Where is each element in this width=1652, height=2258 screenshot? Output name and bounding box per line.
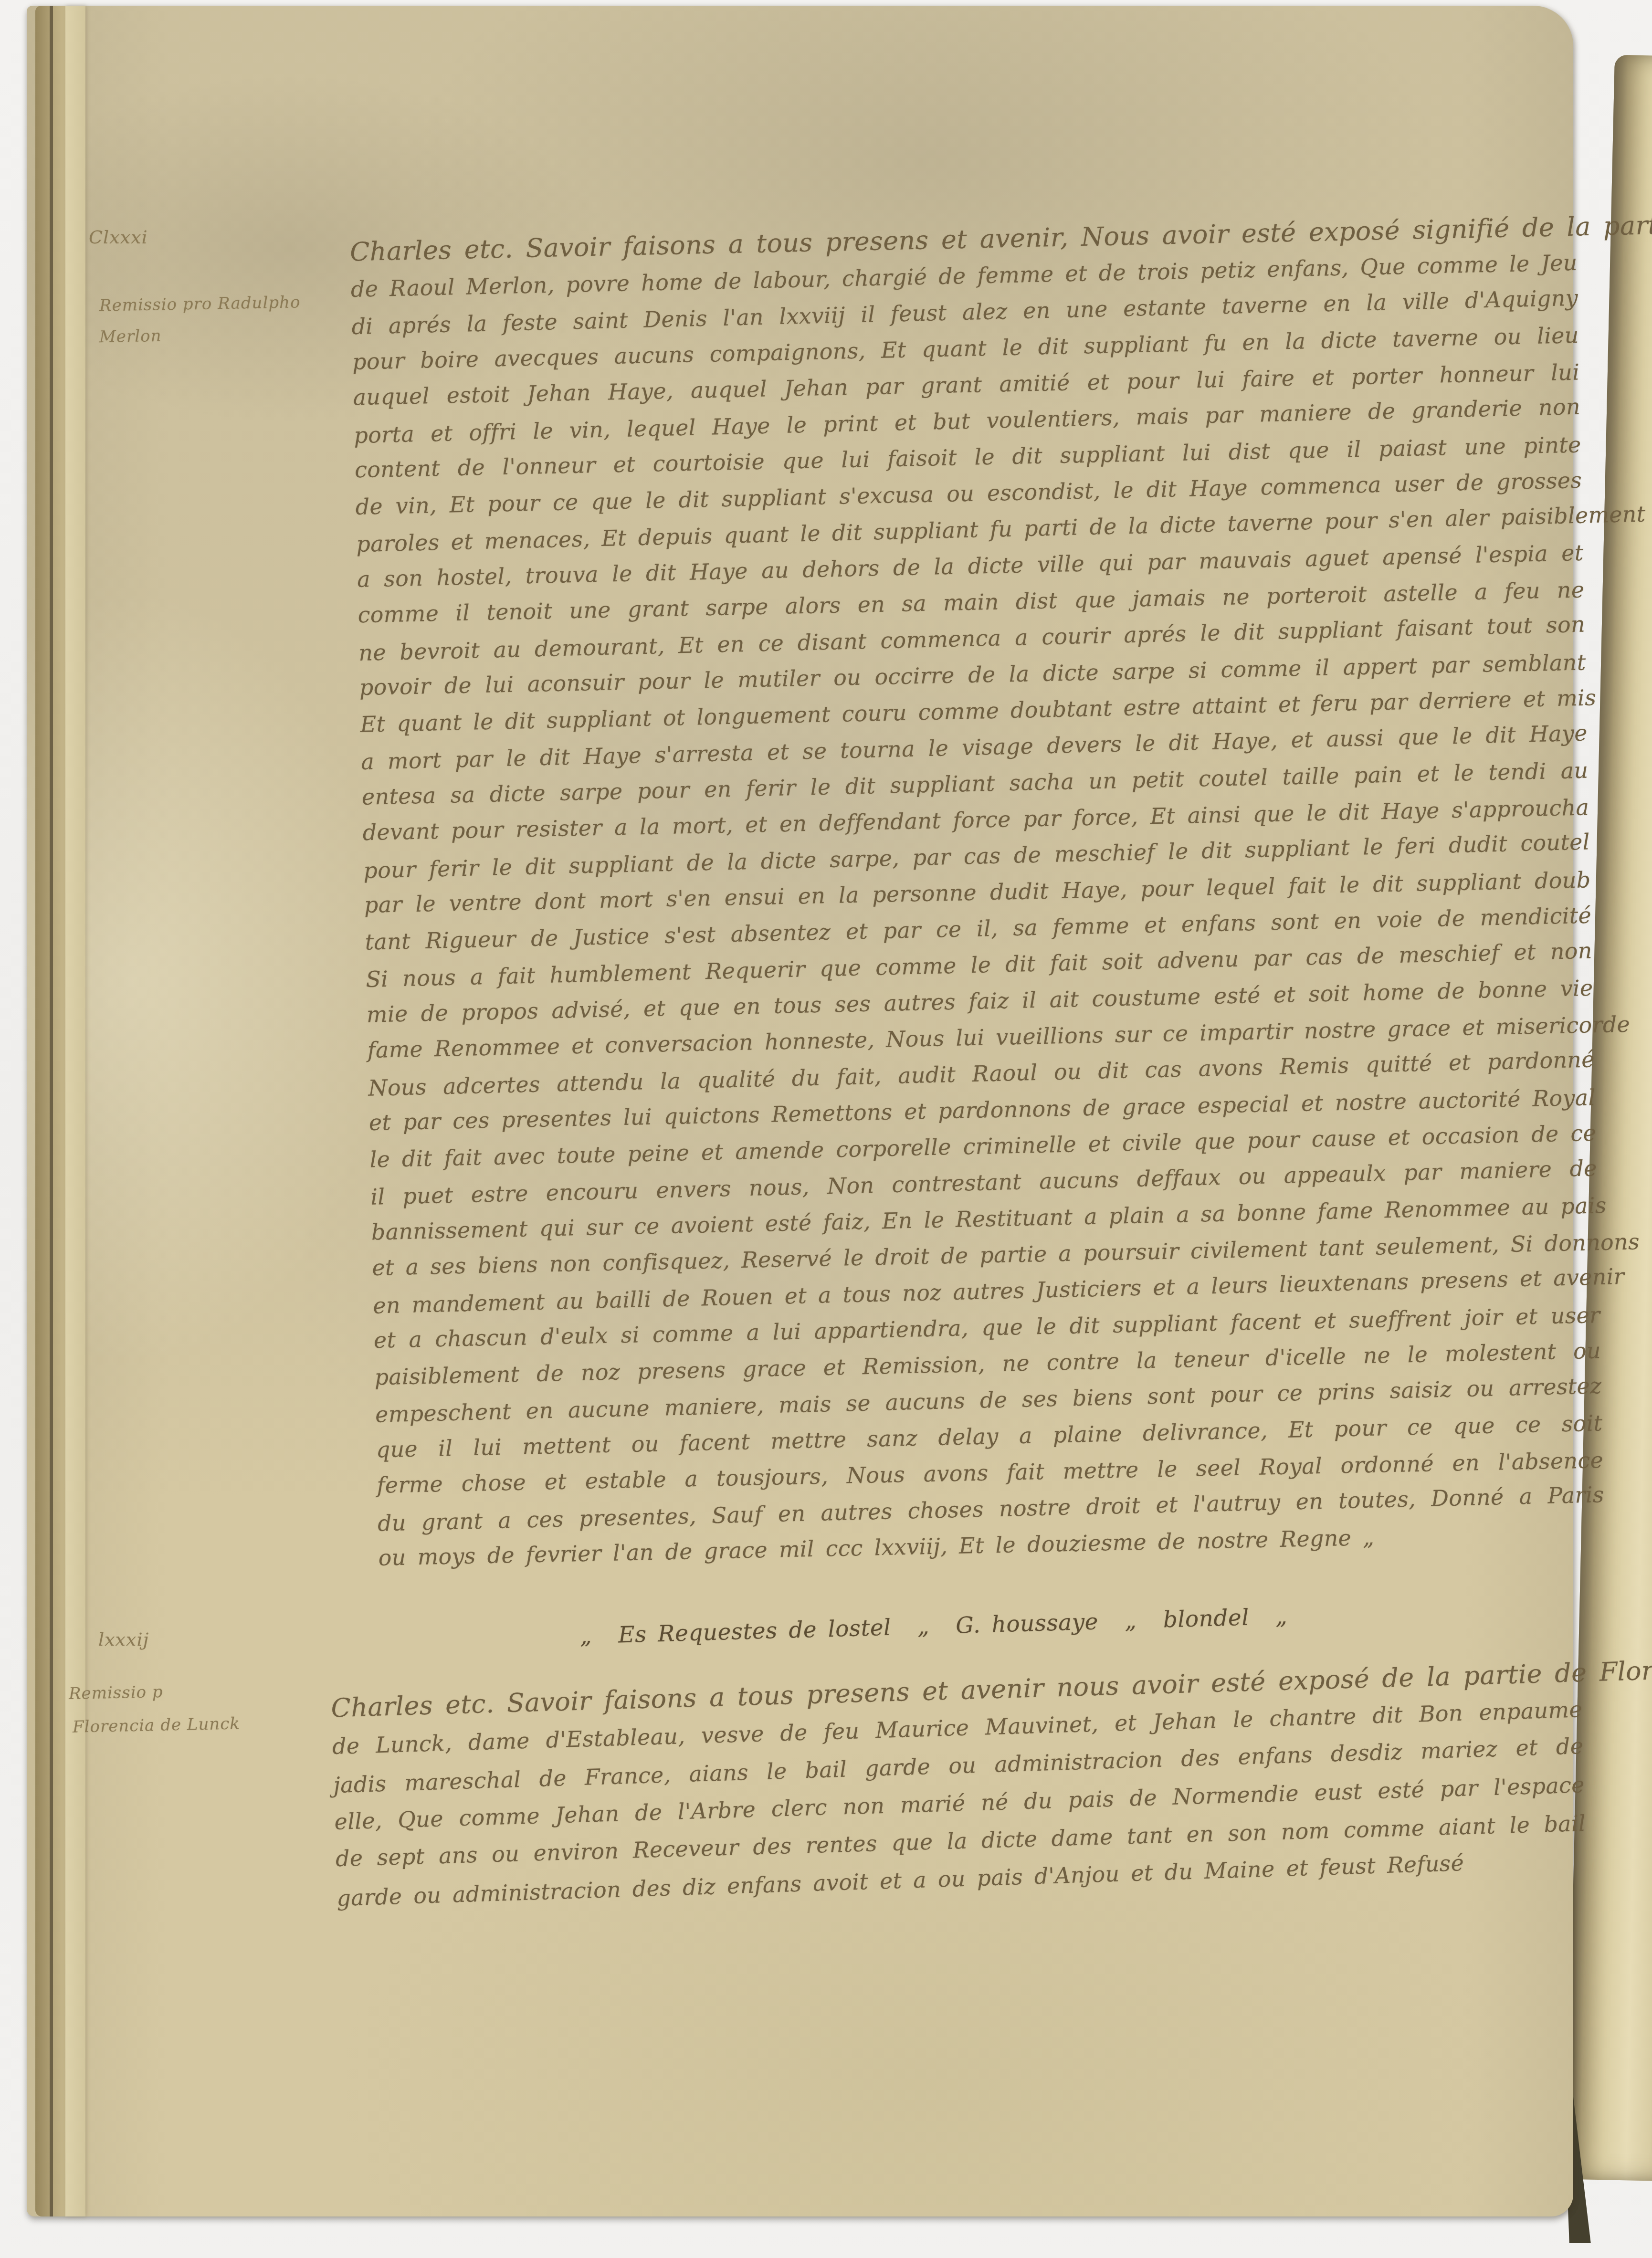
subscription-line: „ Es Requestes de lostel „ G. houssaye „…	[323, 1596, 1545, 1656]
margin-rubric-2-line2: Florencia de Lunck	[72, 1708, 240, 1743]
subscription-signature-1: G. houssaye	[956, 1608, 1099, 1638]
gutter-edge-strip	[53, 6, 65, 2216]
subscription-court: Es Requestes de lostel	[618, 1615, 891, 1649]
margin-number-1: Clxxxi	[89, 221, 148, 253]
photo-backdrop: Clxxxi Remissio pro Radulpho Merlon Char…	[0, 0, 1652, 2258]
gutter-edge-strip	[65, 6, 85, 2216]
entry-2-text: Charles etc. Savoir faisons a tous prese…	[330, 1653, 1587, 1916]
separator-mark: „	[917, 1613, 929, 1640]
margin-number-2: lxxxij	[98, 1624, 149, 1655]
subscription-signature-2: blondel	[1163, 1605, 1250, 1633]
separator-mark: „	[1275, 1603, 1287, 1630]
manuscript-page: Clxxxi Remissio pro Radulpho Merlon Char…	[27, 6, 1573, 2216]
entry-1-text: Charles etc. Savoir faisons a tous prese…	[349, 208, 1605, 1576]
margin-rubric-2-line1: Remissio p	[68, 1676, 163, 1710]
margin-rubric-1-line1: Remissio pro Radulpho	[99, 286, 301, 321]
gutter-edge-strip	[35, 6, 50, 2216]
separator-mark: „	[1125, 1607, 1137, 1634]
margin-rubric-1-line2: Merlon	[99, 320, 162, 353]
separator-mark: „	[579, 1623, 592, 1649]
gutter-edge-line	[50, 6, 53, 2216]
